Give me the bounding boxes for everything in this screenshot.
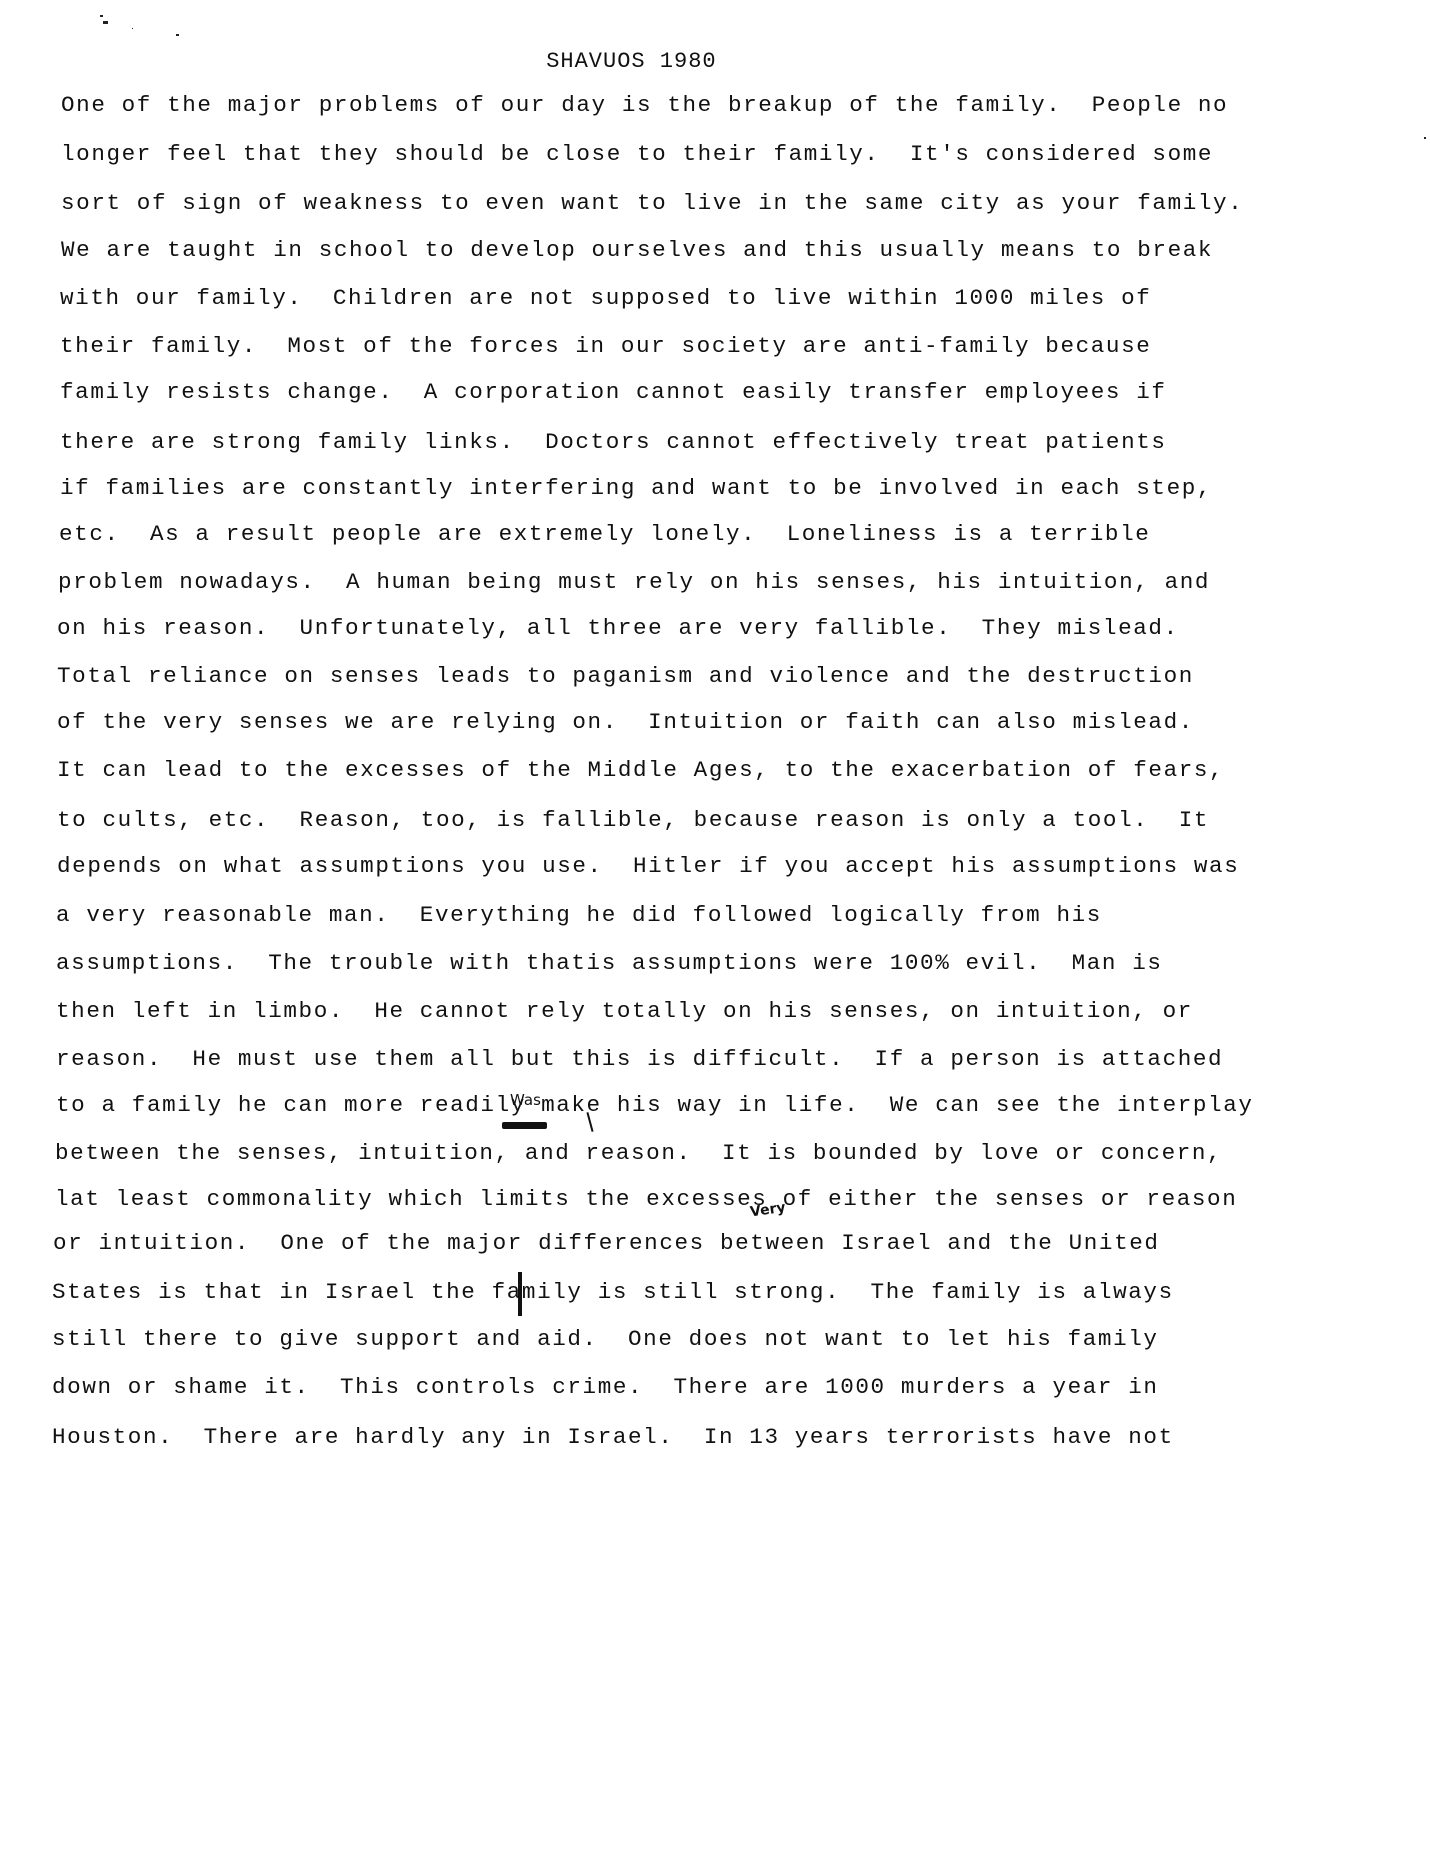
text-line: family resists change. A corporation can…	[60, 379, 1167, 405]
text-line: there are strong family links. Doctors c…	[60, 429, 1167, 455]
text-line: on his reason. Unfortunately, all three …	[57, 615, 1179, 641]
page-title: SHAVUOS 1980	[0, 24, 1430, 99]
text-line: to cults, etc. Reason, too, is fallible,…	[57, 807, 1209, 833]
scan-speck	[100, 15, 103, 17]
text-line: sort of sign of weakness to even want to…	[61, 190, 1243, 216]
text-line: etc. As a result people are extremely lo…	[59, 521, 1150, 547]
text-line: assumptions. The trouble with thatis ass…	[56, 950, 1163, 976]
text-line: lat least commonality which limits the e…	[55, 1186, 1237, 1212]
scan-speck	[1424, 137, 1426, 139]
text-line: if families are constantly interfering a…	[60, 475, 1212, 501]
text-line: down or shame it. This controls crime. T…	[52, 1374, 1159, 1400]
text-line: longer feel that they should be close to…	[61, 141, 1213, 167]
text-line: One of the major problems of our day is …	[61, 92, 1228, 118]
text-line: then left in limbo. He cannot rely total…	[56, 998, 1193, 1024]
text-line: with our family. Children are not suppos…	[60, 285, 1151, 311]
text-line: between the senses, intuition, and reaso…	[55, 1140, 1222, 1166]
text-line: to a family he can more readily make his…	[56, 1092, 1254, 1118]
handwritten-insert-was: Was	[510, 1093, 541, 1108]
document-page: SHAVUOS 1980 One of the major problems o…	[0, 0, 1430, 1851]
text-line: We are taught in school to develop ourse…	[61, 237, 1213, 263]
handwritten-insert-very: Very	[749, 1201, 786, 1220]
text-line: reason. He must use them all but this is…	[56, 1046, 1223, 1072]
text-line: or intuition. One of the major differenc…	[53, 1230, 1160, 1256]
strikethrough-mark	[502, 1122, 547, 1129]
text-line: Total reliance on senses leads to pagani…	[57, 663, 1194, 689]
text-line: depends on what assumptions you use. Hit…	[57, 853, 1239, 879]
text-line: It can lead to the excesses of the Middl…	[57, 757, 1224, 783]
text-line: still there to give support and aid. One…	[52, 1326, 1159, 1352]
text-line: a very reasonable man. Everything he did…	[56, 902, 1102, 928]
text-line: States is that in Israel the family is s…	[52, 1279, 1174, 1305]
text-line: problem nowadays. A human being must rel…	[58, 569, 1210, 595]
text-line: of the very senses we are relying on. In…	[57, 709, 1194, 735]
text-line: Houston. There are hardly any in Israel.…	[52, 1424, 1174, 1450]
correction-stroke-mark	[518, 1272, 522, 1316]
page-title-text: SHAVUOS 1980	[546, 49, 716, 74]
text-line: their family. Most of the forces in our …	[60, 333, 1151, 359]
